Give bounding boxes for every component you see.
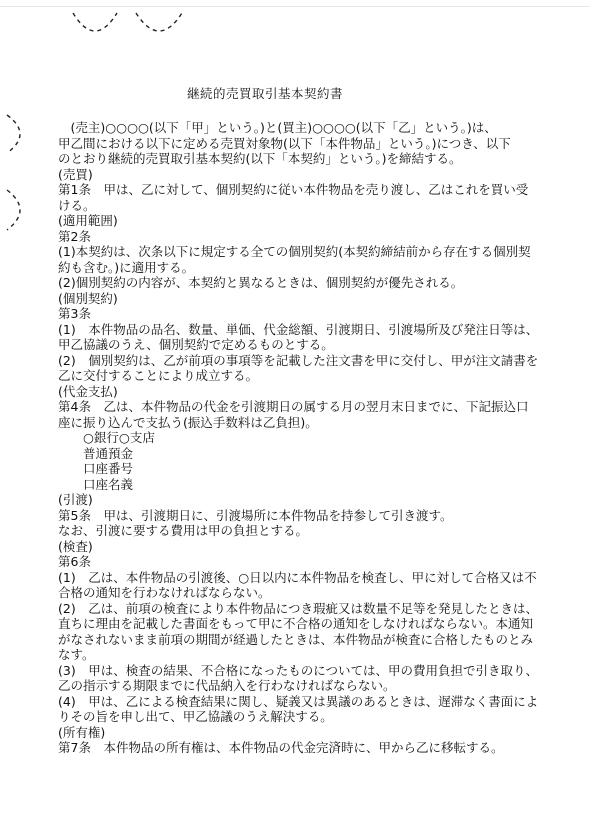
text-line: なす。: [58, 647, 590, 663]
text-line: (3) 甲は、検査の結果、不合格になったものについては、甲の費用負担で引き取り、: [58, 663, 590, 679]
text-line: (所有権): [58, 725, 590, 741]
text-line: (引渡): [58, 492, 590, 508]
text-line: なお、引渡に要する費用は甲の負担とする。: [58, 523, 590, 539]
text-line: 乙に交付することにより成立する。: [58, 368, 590, 384]
text-line: 第1条 甲は、乙に対して、個別契約に従い本件物品を売り渡し、乙はこれを買い受: [58, 182, 590, 198]
text-line: 第6条: [58, 554, 590, 570]
binding-arc-left-upper-icon: [7, 115, 20, 153]
text-line: 約も含む。)に適用する。: [58, 260, 590, 276]
text-line: 口座番号: [58, 461, 590, 477]
text-line: がなされないまま前項の期間が経過したときは、本件物品が検査に合格したものとみ: [58, 632, 590, 648]
text-line: 甲乙協議のうえ、個別契約で定めるものとする。: [58, 337, 590, 353]
text-line: (1) 本件物品の品名、数量、単価、代金総額、引渡期日、引渡場所及び発注日等は、: [58, 322, 590, 338]
text-line: ○銀行○支店: [58, 430, 590, 446]
binding-arc-top-right-icon: [136, 13, 182, 31]
document-body: (売主)○○○○(以下「甲」という。)と(買主)○○○○(以下「乙」という。)は…: [58, 120, 590, 756]
document-title: 継続的売買取引基本契約書: [187, 84, 343, 102]
text-line: (売主)○○○○(以下「甲」という。)と(買主)○○○○(以下「乙」という。)は…: [58, 120, 590, 136]
text-line: (個別契約): [58, 291, 590, 307]
text-line: 第3条: [58, 306, 590, 322]
text-line: 第2条: [58, 229, 590, 245]
text-line: 第4条 乙は、本件物品の代金を引渡期日の属する月の翌月末日までに、下記振込口: [58, 399, 590, 415]
binding-arc-left-lower-icon: [7, 190, 20, 230]
text-line: (2)個別契約の内容が、本契約と異なるときは、個別契約が優先される。: [58, 275, 590, 291]
text-line: (検査): [58, 539, 590, 555]
text-line: 普通預金: [58, 446, 590, 462]
scan-edge-line: [0, 6, 590, 7]
binding-arc-top-left-icon: [73, 13, 117, 31]
text-line: りその旨を申し出て、甲乙協議のうえ解決する。: [58, 709, 590, 725]
text-line: 第7条 本件物品の所有権は、本件物品の代金完済時に、甲から乙に移転する。: [58, 740, 590, 756]
text-line: 座に振り込んで支払う(振込手数料は乙負担)。: [58, 415, 590, 431]
text-line: (4) 甲は、乙による検査結果に関し、疑義又は異議のあるときは、遅滞なく書面によ: [58, 694, 590, 710]
text-line: (2) 個別契約は、乙が前項の事項等を記載した注文書を甲に交付し、甲が注文請書を: [58, 353, 590, 369]
text-line: 甲乙間における以下に定める売買対象物(以下「本件物品」という。)につき、以下: [58, 136, 590, 152]
text-line: 口座名義: [58, 477, 590, 493]
text-line: (適用範囲): [58, 213, 590, 229]
text-line: ける。: [58, 198, 590, 214]
text-line: 乙の指示する期限までに代品納入を行わなければならない。: [58, 678, 590, 694]
text-line: のとおり継続的売買取引基本契約(以下「本契約」という。)を締結する。: [58, 151, 590, 167]
text-line: (代金支払): [58, 384, 590, 400]
text-line: (1)本契約は、次条以下に規定する全ての個別契約(本契約締結前から存在する個別契: [58, 244, 590, 260]
text-line: 第5条 甲は、引渡期日に、引渡場所に本件物品を持参して引き渡す。: [58, 508, 590, 524]
text-line: (売買): [58, 167, 590, 183]
text-line: (1) 乙は、本件物品の引渡後、○日以内に本件物品を検査し、甲に対して合格又は不: [58, 570, 590, 586]
text-line: (2) 乙は、前項の検査により本件物品につき瑕疵又は数量不足等を発見したときは、: [58, 601, 590, 617]
document-page: 継続的売買取引基本契約書 (売主)○○○○(以下「甲」という。)と(買主)○○○…: [0, 0, 590, 837]
text-line: 合格の通知を行わなければならない。: [58, 585, 590, 601]
text-line: 直ちに理由を記載した書面をもって甲に不合格の通知をしなければならない。本通知: [58, 616, 590, 632]
